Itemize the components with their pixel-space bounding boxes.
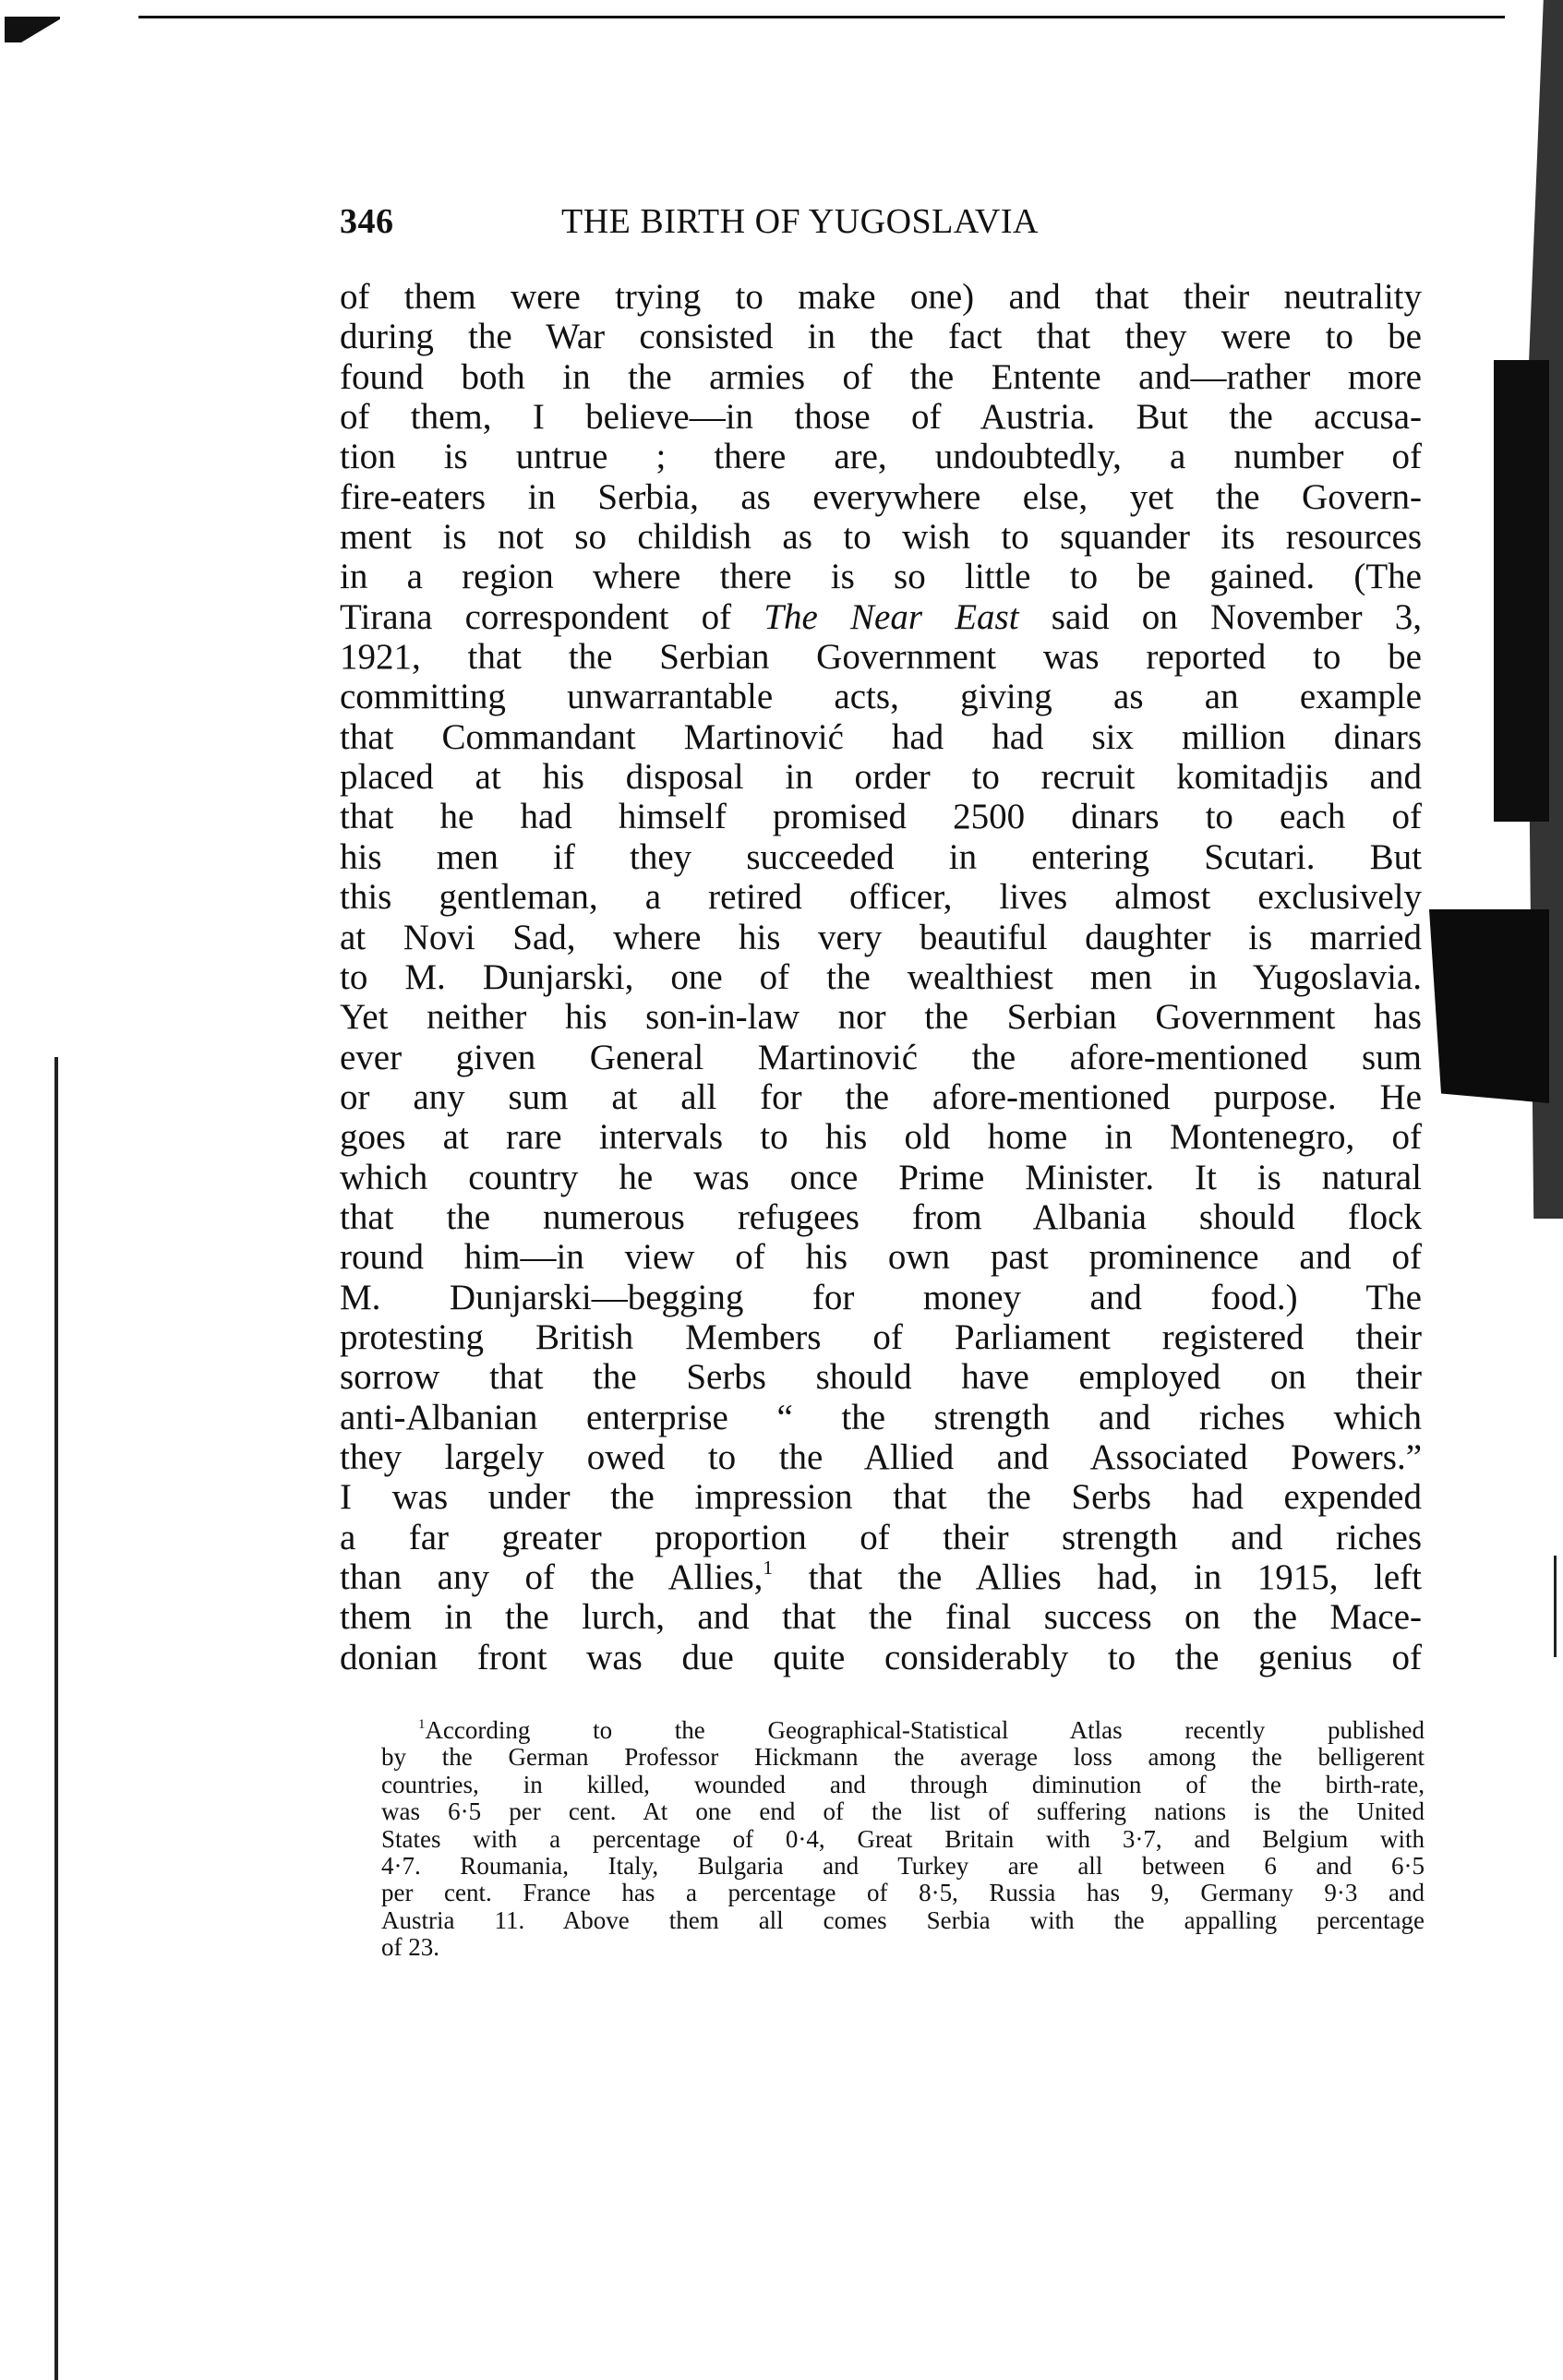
footnote-marker: 1 (418, 1717, 425, 1732)
scan-right-edge-mark (1554, 1556, 1557, 1657)
text-line: fire-eaters in Serbia, as everywhere els… (340, 477, 1422, 517)
text-line: at Novi Sad, where his very beautiful da… (340, 918, 1422, 957)
text-line: of them were trying to make one) and tha… (340, 277, 1422, 317)
scan-right-edge-shadow-dark (1494, 360, 1549, 822)
footnote-line: was 6·5 per cent. At one end of the list… (381, 1798, 1425, 1825)
text-line: found both in the armies of the Entente … (340, 357, 1422, 397)
text-line: ever given General Martinović the afore-… (340, 1038, 1422, 1077)
footnote-line: by the German Professor Hickmann the ave… (381, 1744, 1425, 1771)
text-line: to M. Dunjarski, one of the wealthiest m… (340, 957, 1422, 997)
text-line: or any sum at all for the afore-mentione… (340, 1077, 1422, 1117)
text-line: anti-Albanian enterprise “ the strength … (340, 1398, 1422, 1437)
book-page: 346 THE BIRTH OF YUGOSLAVIA of them were… (0, 0, 1563, 2380)
text-line: in a region where there is so little to … (340, 557, 1422, 596)
footnote-line: per cent. France has a percentage of 8·5… (381, 1880, 1425, 1906)
footnote-line: countries, in killed, wounded and throug… (381, 1772, 1425, 1798)
footnote-reference: 1 (763, 1557, 773, 1579)
text-line: sorrow that the Serbs should have employ… (340, 1357, 1422, 1397)
text-line: 1921, that the Serbian Government was re… (340, 637, 1422, 677)
text-line: Tirana correspondent of The Near East sa… (340, 597, 1422, 637)
text-line: donian front was due quite considerably … (340, 1638, 1422, 1677)
scan-corner-shadow (5, 17, 60, 42)
text-line: I was under the impression that the Serb… (340, 1477, 1422, 1517)
text-line: his men if they succeeded in entering Sc… (340, 837, 1422, 877)
text-line: tion is untrue ; there are, undoubtedly,… (340, 437, 1422, 476)
running-head: 346 THE BIRTH OF YUGOSLAVIA (340, 201, 1429, 247)
footnote-line: 4·7. Roumania, Italy, Bulgaria and Turke… (381, 1853, 1425, 1880)
scan-right-edge-shadow-lower (1429, 909, 1549, 1103)
text-line: that the numerous refugees from Albania … (340, 1197, 1422, 1237)
text-line: protesting British Members of Parliament… (340, 1317, 1422, 1357)
text-line: round him—in view of his own past promin… (340, 1237, 1422, 1277)
text-line: goes at rare intervals to his old home i… (340, 1117, 1422, 1157)
text-line: placed at his disposal in order to recru… (340, 757, 1422, 797)
text-line: they largely owed to the Allied and Asso… (340, 1437, 1422, 1477)
footnote-line: 1According to the Geographical-Statistic… (383, 1717, 1425, 1744)
text-line: ment is not so childish as to wish to sq… (340, 517, 1422, 557)
footnote-line: of 23. (381, 1934, 1425, 1961)
text-line: this gentleman, a retired officer, lives… (340, 877, 1422, 917)
italic-title: The Near East (763, 597, 1018, 637)
body-paragraph: of them were trying to make one) and tha… (340, 277, 1422, 1677)
text-line: Yet neither his son-in-law nor the Serbi… (340, 997, 1422, 1037)
footnote-line: Austria 11. Above them all comes Serbia … (381, 1907, 1425, 1934)
text-line: committing unwarrantable acts, giving as… (340, 677, 1422, 716)
text-line: that Commandant Martinović had had six m… (340, 717, 1422, 757)
text-line: during the War consisted in the fact tha… (340, 317, 1422, 356)
footnote-line: States with a percentage of 0·4, Great B… (381, 1826, 1425, 1853)
text-line: than any of the Allies,1 that the Allies… (340, 1557, 1422, 1597)
text-line: them in the lurch, and that the final su… (340, 1597, 1422, 1637)
scan-top-edge (138, 16, 1505, 18)
text-line: M. Dunjarski—begging for money and food.… (340, 1278, 1422, 1317)
text-line: that he had himself promised 2500 dinars… (340, 797, 1422, 836)
footnote: 1According to the Geographical-Statistic… (383, 1717, 1425, 1962)
page-number: 346 (340, 201, 394, 242)
scan-left-edge-line (54, 1057, 58, 2380)
text-line: of them, I believe—in those of Austria. … (340, 397, 1422, 437)
text-line: a far greater proportion of their streng… (340, 1518, 1422, 1557)
book-title: THE BIRTH OF YUGOSLAVIA (561, 201, 1039, 242)
text-line: which country he was once Prime Minister… (340, 1158, 1422, 1197)
